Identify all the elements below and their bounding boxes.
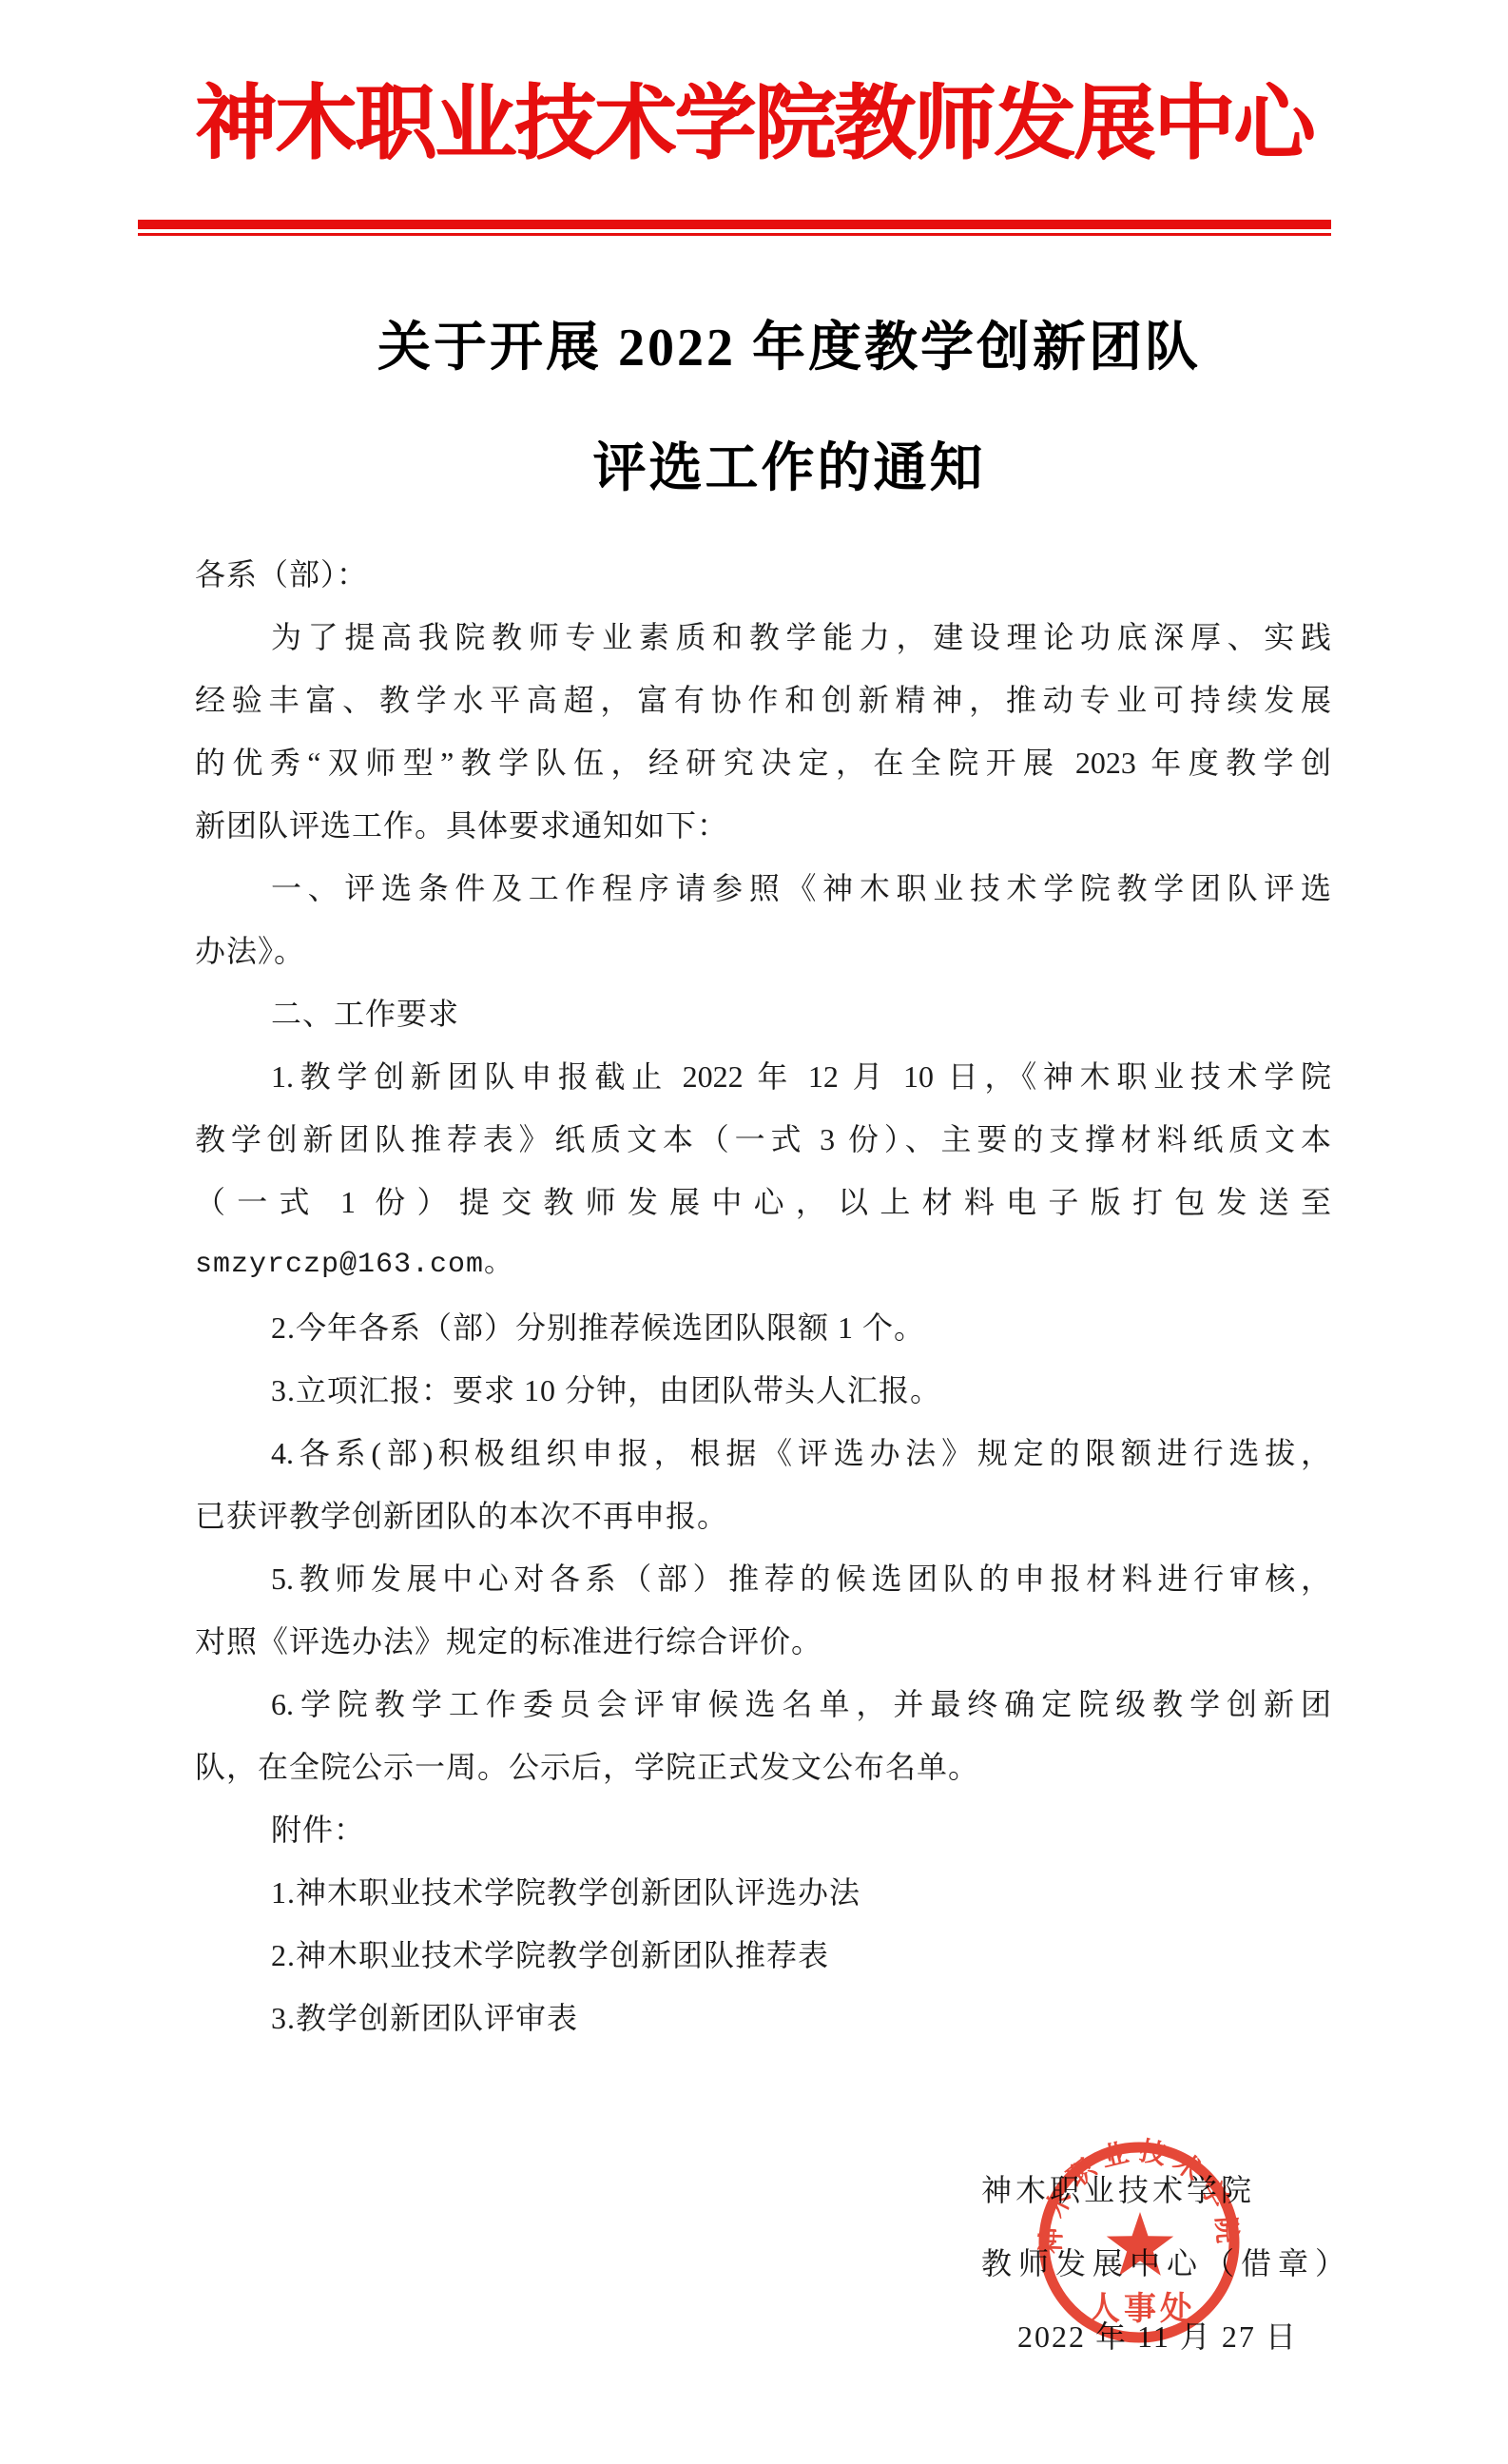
body-line: 2.神木职业技术学院教学创新团队推荐表 <box>271 1935 829 1975</box>
body-line: 1.神木职业技术学院教学创新团队评选办法 <box>271 1872 860 1912</box>
body-line: 办法》。 <box>195 931 305 971</box>
document-page: 神木职业技术学院教师发展中心 关于开展 2022 年度教学创新团队 评选工作的通… <box>0 0 1508 2464</box>
doc-title-line1: 关于开展 2022 年度教学创新团队 <box>377 316 1201 380</box>
body-line: 对照《评选办法》规定的标准进行综合评价。 <box>195 1621 822 1661</box>
body-line: 4.各系(部)积极组织申报，根据《评选办法》规定的限额进行选拔， <box>271 1433 1331 1473</box>
body-line: 的优秀“双师型”教学队伍，经研究决定，在全院开展 2023 年度教学创 <box>195 743 1331 783</box>
body-line: 一、评选条件及工作程序请参照《神木职业技术学院教学团队评选 <box>271 868 1331 908</box>
body-line: 为了提高我院教师专业素质和教学能力，建设理论功底深厚、实践 <box>271 617 1331 657</box>
body-line: 5.教师发展中心对各系（部）推荐的候选团队的申报材料进行审核， <box>271 1559 1331 1599</box>
body-line: 二、工作要求 <box>271 994 459 1034</box>
body-line: 新团队评选工作。具体要求通知如下： <box>195 805 728 845</box>
masthead-rule-thin <box>138 233 1331 236</box>
masthead-org-name: 神木职业技术学院教师发展中心 <box>195 71 1313 176</box>
body-line: 各系（部）： <box>195 554 368 594</box>
doc-title-line2: 评选工作的通知 <box>593 437 986 501</box>
body-line: 队，在全院公示一周。公示后，学院正式发文公布名单。 <box>195 1747 979 1787</box>
body-line: 3.立项汇报：要求 10 分钟，由团队带头人汇报。 <box>271 1370 941 1410</box>
body-line: （一式 1 份）提交教师发展中心，以上材料电子版打包发送至 <box>195 1182 1331 1222</box>
signature-date: 2022 年 11 月 27 日 <box>1017 2317 1298 2357</box>
body-line: 2.今年各系（部）分别推荐候选团队限额 1 个。 <box>271 1308 925 1348</box>
signature-dept: 教师发展中心（借章） <box>981 2243 1352 2283</box>
body-line: 1.教学创新团队申报截止 2022 年 12 月 10 日，《神木职业技术学院 <box>271 1057 1331 1096</box>
masthead-rule-thick <box>138 220 1331 229</box>
body-line: 经验丰富、教学水平高超，富有协作和创新精神，推动专业可持续发展 <box>195 680 1331 720</box>
body-line: 6.学院教学工作委员会评审候选名单，并最终确定院级教学创新团 <box>271 1684 1331 1724</box>
body-line: 教学创新团队推荐表》纸质文本（一式 3 份）、主要的支撑材料纸质文本 <box>195 1119 1331 1159</box>
body-line: 附件： <box>271 1810 365 1850</box>
body-line: smzyrczp@163.com。 <box>195 1245 513 1285</box>
body-line: 已获评教学创新团队的本次不再申报。 <box>195 1496 728 1536</box>
body-line: 3.教学创新团队评审表 <box>271 1998 578 2038</box>
signature-org: 神木职业技术学院 <box>981 2170 1255 2210</box>
